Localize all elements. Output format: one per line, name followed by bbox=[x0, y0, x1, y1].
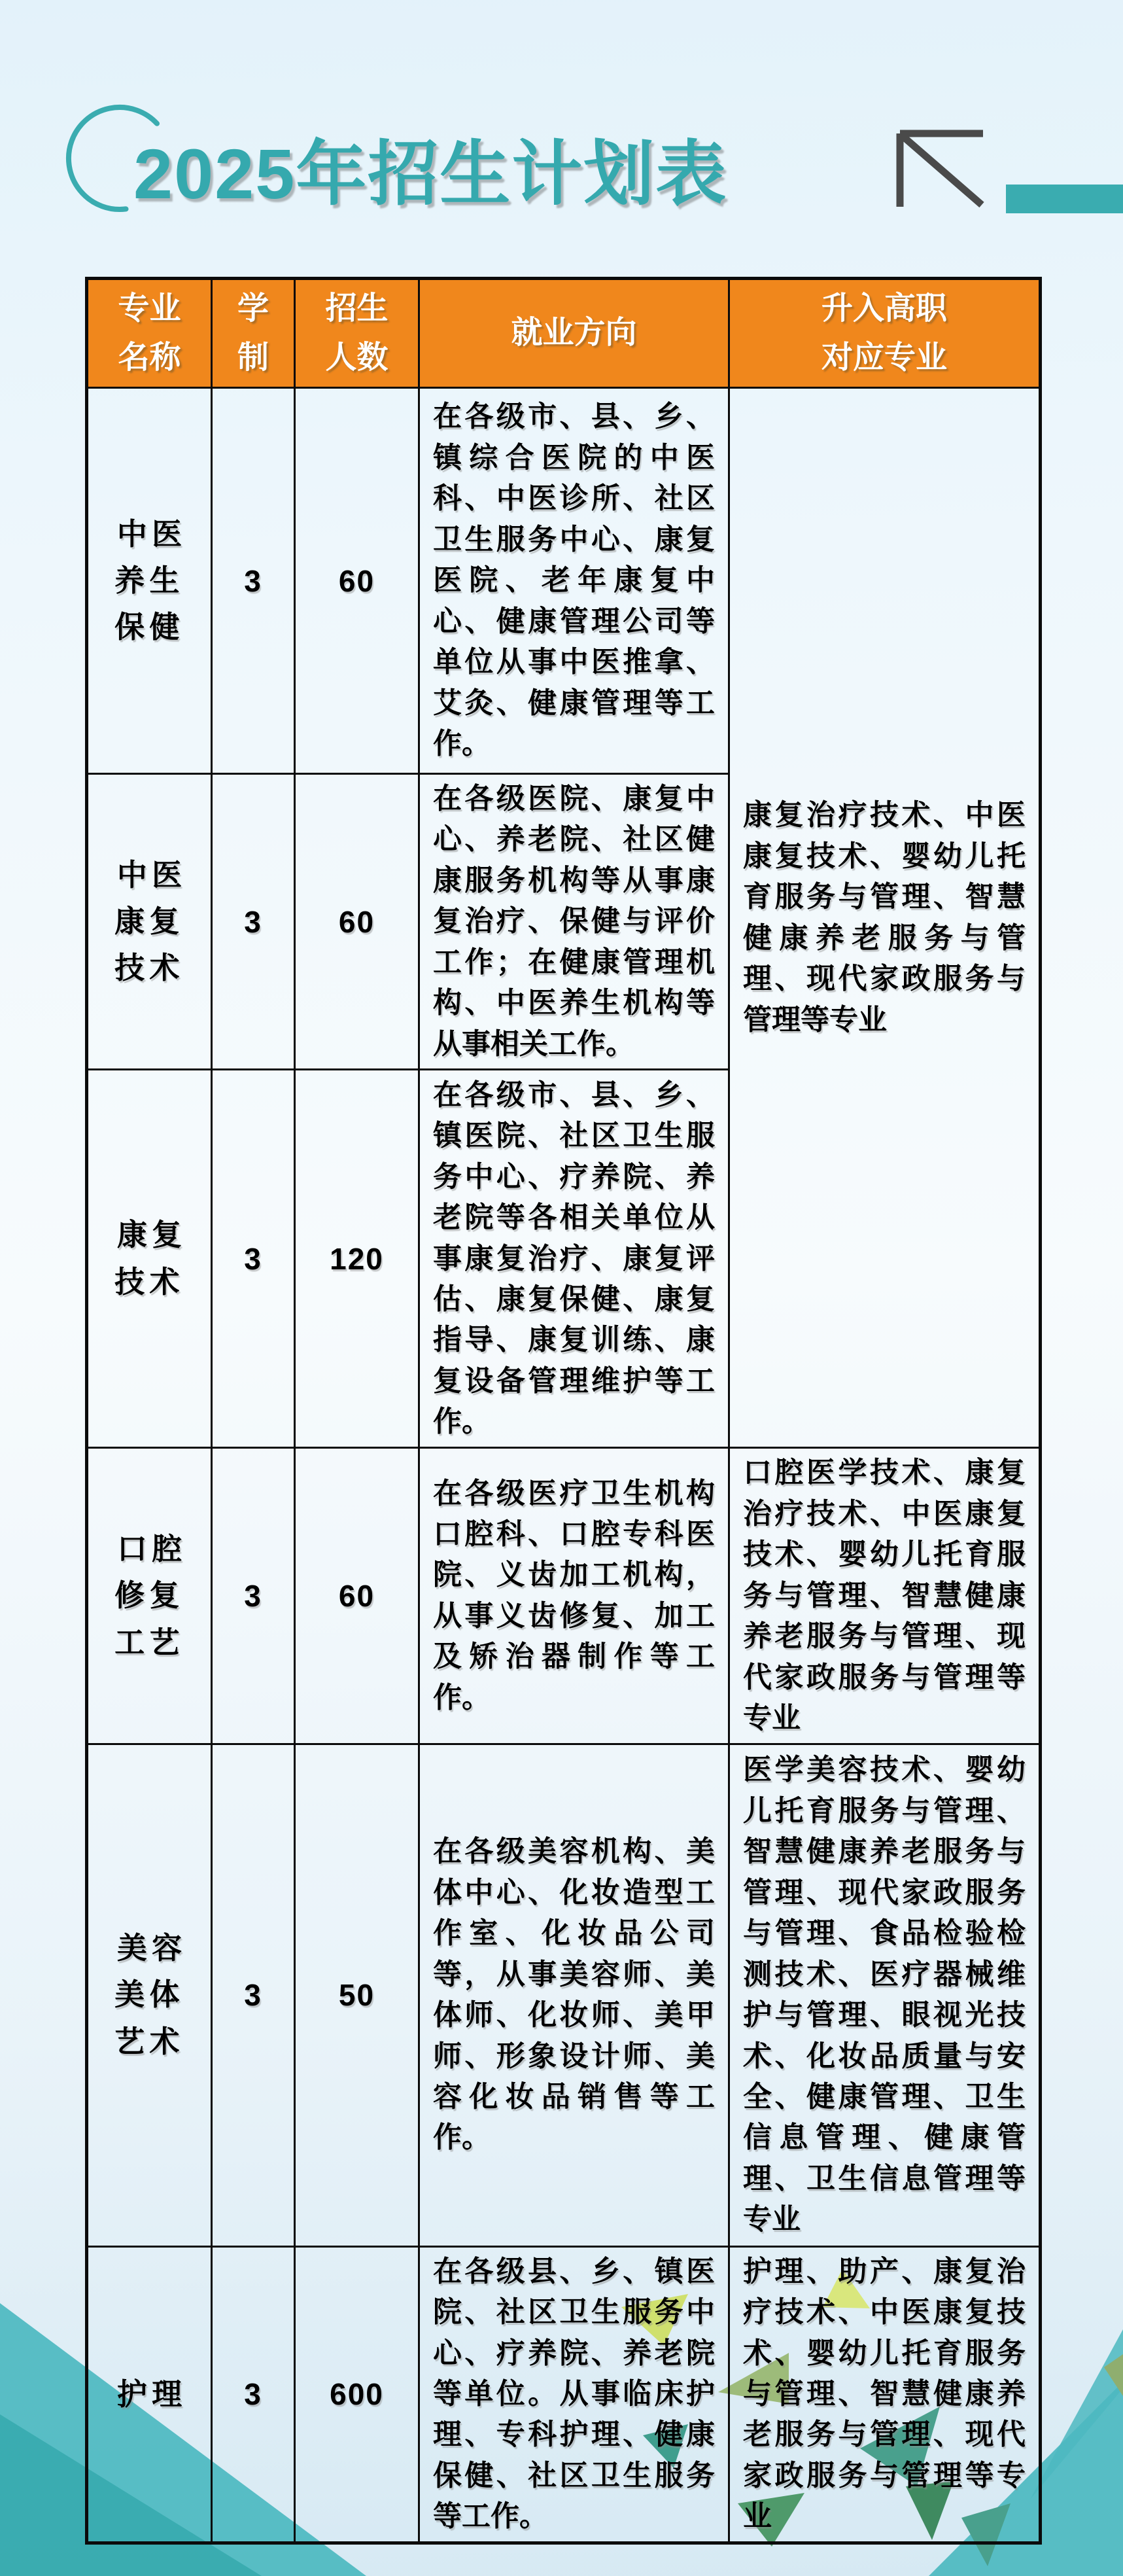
employment-cell: 在各级医疗卫生机构口腔科、口腔专科医院、义齿加工机构，从事义齿修复、加工及矫治器… bbox=[419, 1448, 729, 1744]
employment-cell: 在各级医院、康复中心、养老院、社区健康服务机构等从事康复治疗、保健与评价工作；在… bbox=[419, 774, 729, 1070]
header-advance: 升入高职 对应专业 bbox=[729, 279, 1041, 388]
quota-cell: 60 bbox=[295, 774, 419, 1070]
table-row: 护理 3 600 在各级县、乡、镇医院、社区卫生服务中心、疗养院、养老院等单位。… bbox=[87, 2246, 1041, 2543]
years-cell: 3 bbox=[212, 1448, 295, 1744]
quota-cell: 60 bbox=[295, 1448, 419, 1744]
employment-cell: 在各级县、乡、镇医院、社区卫生服务中心、疗养院、养老院等单位。从事临床护理、专科… bbox=[419, 2246, 729, 2543]
table-row: 美容 美体 艺术 3 50 在各级美容机构、美体中心、化妆造型工作室、化妆品公司… bbox=[87, 1744, 1041, 2246]
major-cell: 护理 bbox=[87, 2246, 212, 2543]
major-cell: 康复 技术 bbox=[87, 1070, 212, 1448]
small-triangle bbox=[1104, 2354, 1123, 2396]
quota-cell: 120 bbox=[295, 1070, 419, 1448]
advance-cell: 口腔医学技术、康复治疗技术、中医康复技术、婴幼儿托育服务与管理、智慧健康养老服务… bbox=[729, 1448, 1041, 1744]
quota-cell: 600 bbox=[295, 2246, 419, 2543]
header-row: 专业 名称 学 制 招生 人数 就业方向 升入高职 对应专业 bbox=[87, 279, 1041, 388]
quota-cell: 60 bbox=[295, 388, 419, 774]
years-cell: 3 bbox=[212, 388, 295, 774]
major-cell: 中医 养生 保健 bbox=[87, 388, 212, 774]
quota-cell: 50 bbox=[295, 1744, 419, 2246]
employment-cell: 在各级市、县、乡、镇综合医院的中医科、中医诊所、社区卫生服务中心、康复医院、老年… bbox=[419, 388, 729, 774]
employment-cell: 在各级市、县、乡、镇医院、社区卫生服务中心、疗养院、养老院等各相关单位从事康复治… bbox=[419, 1070, 729, 1448]
years-cell: 3 bbox=[212, 1744, 295, 2246]
years-cell: 3 bbox=[212, 2246, 295, 2543]
years-cell: 3 bbox=[212, 774, 295, 1070]
advance-cell: 护理、助产、康复治疗技术、中医康复技术、婴幼儿托育服务与管理、智慧健康养老服务与… bbox=[729, 2246, 1041, 2543]
page-title: 2025年招生计划表 bbox=[133, 139, 727, 209]
enrollment-plan-table: 专业 名称 学 制 招生 人数 就业方向 升入高职 对应专业 中医 养生 保健 … bbox=[85, 277, 1042, 2545]
major-cell: 口腔 修复 工艺 bbox=[87, 1448, 212, 1744]
title-block: 2025年招生计划表 bbox=[0, 0, 1123, 275]
up-left-arrow-icon bbox=[896, 128, 989, 212]
table-row: 口腔 修复 工艺 3 60 在各级医疗卫生机构口腔科、口腔专科医院、义齿加工机构… bbox=[87, 1448, 1041, 1744]
table-row: 中医 养生 保健 3 60 在各级市、县、乡、镇综合医院的中医科、中医诊所、社区… bbox=[87, 388, 1041, 774]
header-major: 专业 名称 bbox=[87, 279, 212, 388]
header-years: 学 制 bbox=[212, 279, 295, 388]
advance-cell: 医学美容技术、婴幼儿托育服务与管理、智慧健康养老服务与管理、现代家政服务与管理、… bbox=[729, 1744, 1041, 2246]
advance-cell: 康复治疗技术、中医康复技术、婴幼儿托育服务与管理、智慧健康养老服务与管理、现代家… bbox=[729, 388, 1041, 1448]
years-cell: 3 bbox=[212, 1070, 295, 1448]
employment-cell: 在各级美容机构、美体中心、化妆造型工作室、化妆品公司等，从事美容师、美体师、化妆… bbox=[419, 1744, 729, 2246]
header-employment: 就业方向 bbox=[419, 279, 729, 388]
major-cell: 美容 美体 艺术 bbox=[87, 1744, 212, 2246]
header-quota: 招生 人数 bbox=[295, 279, 419, 388]
teal-bar-decoration bbox=[1006, 185, 1123, 213]
bottom-right-triangle-2 bbox=[1030, 2329, 1123, 2499]
major-cell: 中医 康复 技术 bbox=[87, 774, 212, 1070]
